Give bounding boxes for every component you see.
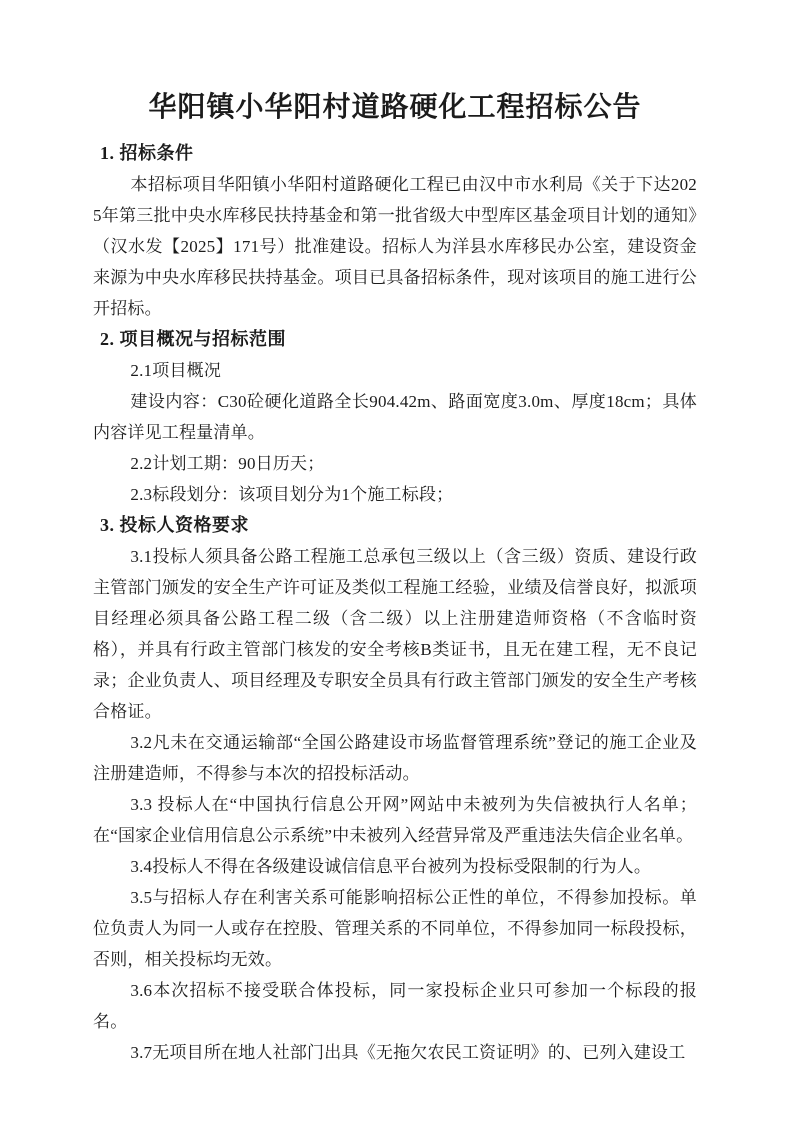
section-3-5-paragraph: 3.5与招标人存在利害关系可能影响招标公正性的单位，不得参加投标。单位负责人为同…	[93, 882, 697, 975]
section-2-3-paragraph: 2.3标段划分：该项目划分为1个施工标段；	[93, 479, 697, 510]
document-title: 华阳镇小华阳村道路硬化工程招标公告	[93, 88, 697, 128]
section-3-6-paragraph: 3.6本次招标不接受联合体投标，同一家投标企业只可参加一个标段的报名。	[93, 975, 697, 1037]
section-2-1-subheading: 2.1项目概况	[93, 355, 697, 386]
section-3-heading: 3. 投标人资格要求	[100, 510, 697, 541]
section-3-1-paragraph: 3.1投标人须具备公路工程施工总承包三级以上（含三级）资质、建设行政主管部门颁发…	[93, 541, 697, 727]
section-1-paragraph: 本招标项目华阳镇小华阳村道路硬化工程已由汉中市水利局《关于下达2025年第三批中…	[93, 169, 697, 324]
section-1-heading: 1. 招标条件	[100, 138, 697, 169]
section-2-1-content-paragraph: 建设内容：C30砼硬化道路全长904.42m、路面宽度3.0m、厚度18cm；具…	[93, 386, 697, 448]
section-3-3-paragraph: 3.3 投标人在“中国执行信息公开网”网站中未被列为失信被执行人名单；在“国家企…	[93, 789, 697, 851]
document-page: 华阳镇小华阳村道路硬化工程招标公告 1. 招标条件 本招标项目华阳镇小华阳村道路…	[0, 0, 793, 1122]
section-3-4-paragraph: 3.4投标人不得在各级建设诚信信息平台被列为投标受限制的行为人。	[93, 851, 697, 882]
section-3-7-paragraph-truncated: 3.7无项目所在地人社部门出具《无拖欠农民工资证明》的、已列入建设工	[93, 1037, 697, 1068]
section-3-2-paragraph: 3.2凡未在交通运输部“全国公路建设市场监督管理系统”登记的施工企业及注册建造师…	[93, 727, 697, 789]
section-2-heading: 2. 项目概况与招标范围	[100, 324, 697, 355]
section-2-2-paragraph: 2.2计划工期：90日历天；	[93, 448, 697, 479]
